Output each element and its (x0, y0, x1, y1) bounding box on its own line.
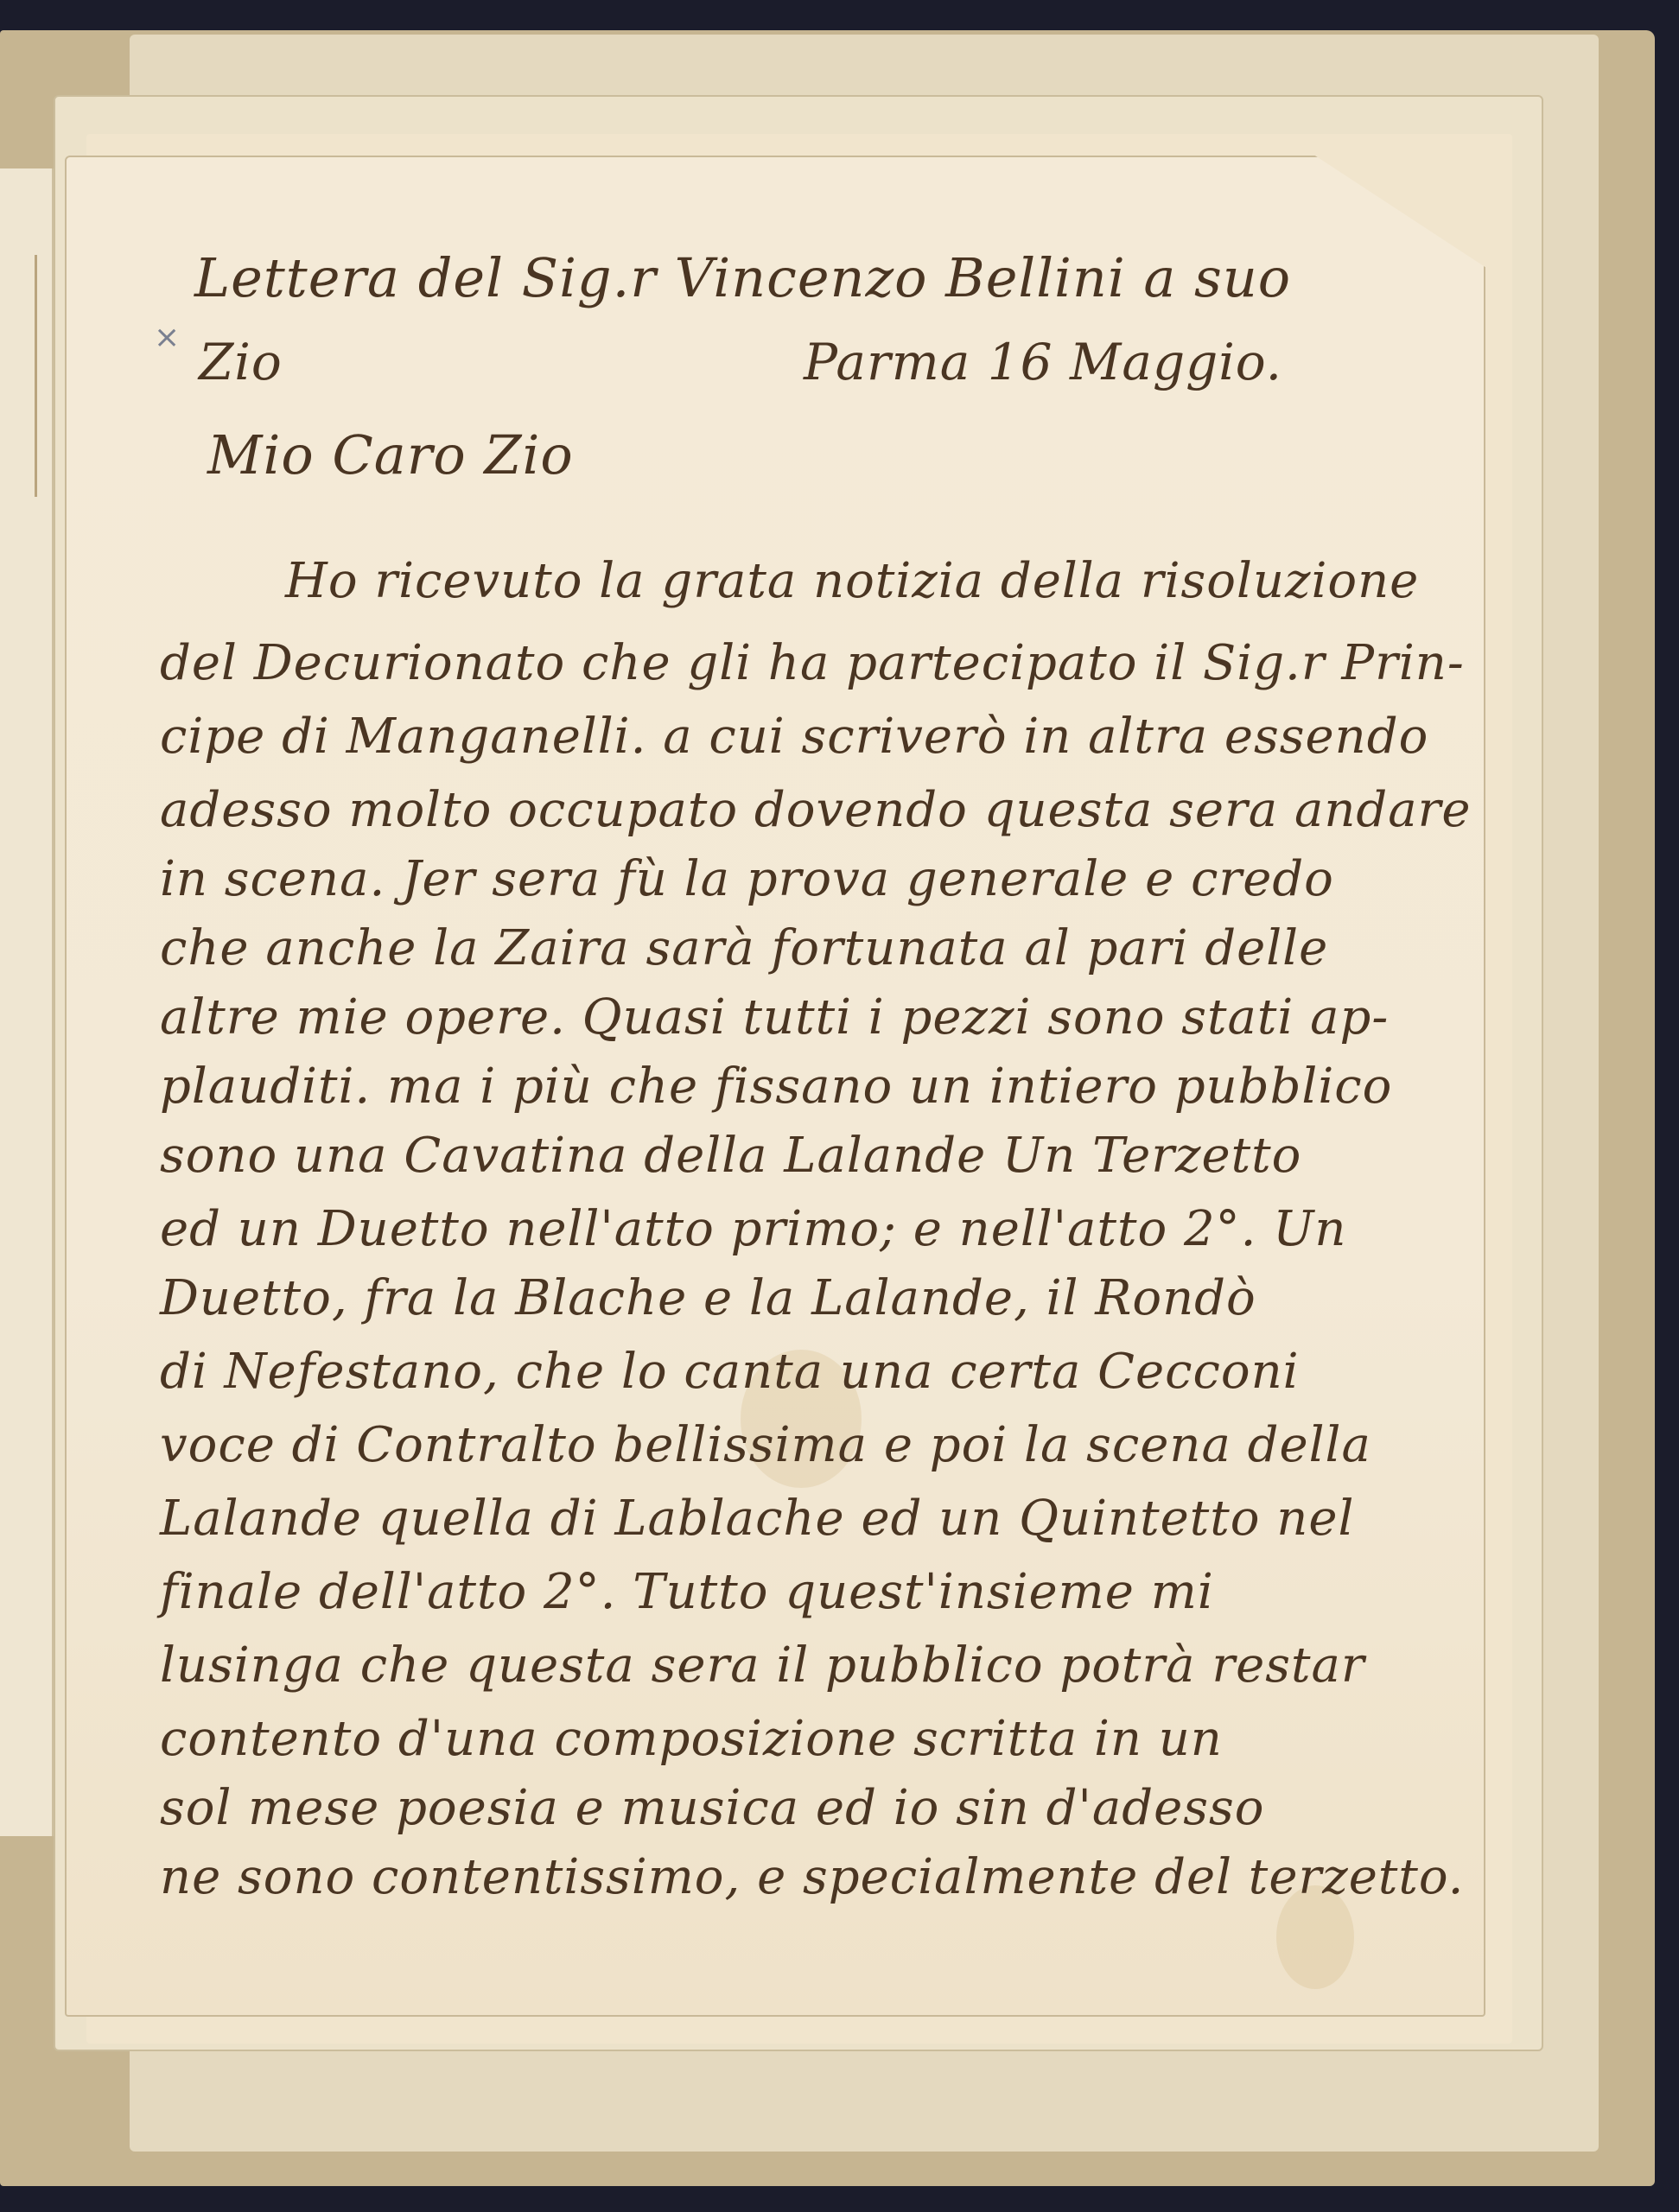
margin-mark: × (154, 320, 180, 355)
body-line-12: di Nefestano, che lo canta una certa Cec… (160, 1344, 1300, 1400)
heading-line-1: Lettera del Sig.r Vincenzo Bellini a suo (194, 246, 1291, 309)
body-line-11: Duetto, fra la Blache e la Lalande, il R… (160, 1270, 1256, 1326)
body-line-18: sol mese poesia e musica ed io sin d'ade… (160, 1780, 1264, 1836)
body-line-10: ed un Duetto nell'atto primo; e nell'att… (160, 1201, 1346, 1257)
body-line-8: plauditi. ma i più che fissano un intier… (160, 1058, 1392, 1115)
heading-date: Parma 16 Maggio. (804, 333, 1282, 391)
body-line-2: del Decurionato che gli ha partecipato i… (160, 635, 1465, 691)
binding-thread (35, 255, 37, 497)
body-line-7: altre mie opere. Quasi tutti i pezzi son… (160, 989, 1389, 1046)
body-line-16: lusinga che questa sera il pubblico potr… (160, 1637, 1365, 1694)
body-line-14: Lalande quella di Lablache ed un Quintet… (160, 1491, 1354, 1547)
body-line-1: Ho ricevuto la grata notizia della risol… (285, 553, 1419, 609)
body-line-19: ne sono contentissimo, e specialmente de… (160, 1849, 1464, 1905)
body-line-5: in scena. Jer sera fù la prova generale … (160, 851, 1334, 907)
body-line-9: sono una Cavatina della Lalande Un Terze… (160, 1128, 1301, 1184)
salutation: Mio Caro Zio (207, 423, 574, 486)
heading-recipient: Zio (199, 333, 283, 391)
body-line-6: che anche la Zaira sarà fortunata al par… (160, 920, 1328, 976)
body-line-15: finale dell'atto 2°. Tutto quest'insieme… (160, 1564, 1214, 1620)
body-line-13: voce di Contralto bellissima e poi la sc… (160, 1417, 1371, 1473)
body-line-3: cipe di Manganelli. a cui scriverò in al… (160, 709, 1428, 765)
body-line-17: contento d'una composizione scritta in u… (160, 1711, 1223, 1767)
body-line-4: adesso molto occupato dovendo questa ser… (160, 782, 1472, 838)
left-facing-leaf (0, 168, 54, 1836)
